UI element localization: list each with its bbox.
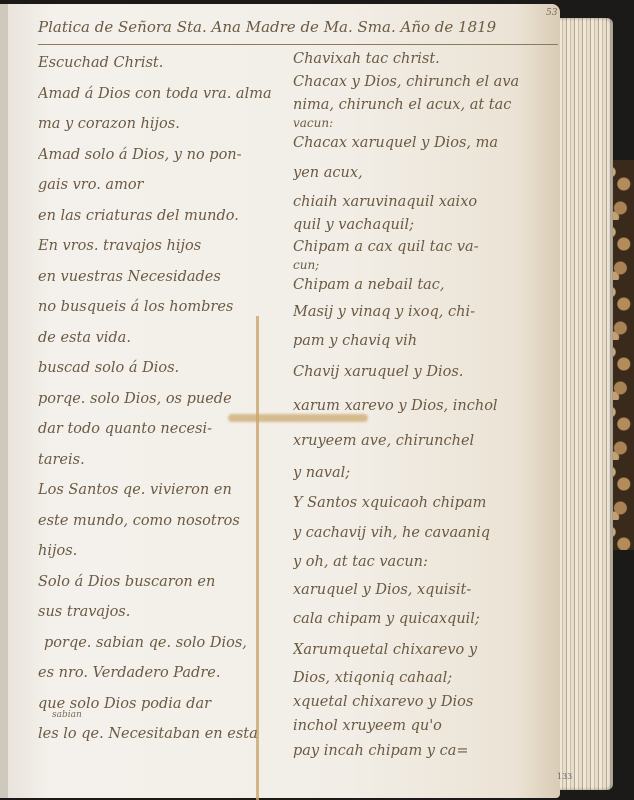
text-line: Chacax xaruquel y Dios, ma <box>293 130 558 156</box>
text-line: no busqueis á los hombres <box>38 292 288 323</box>
left-column-spanish: Escuchad Christ. Amad á Dios con toda vr… <box>38 48 288 750</box>
text-line: xruyeem ave, chirunchel <box>293 424 558 458</box>
text-line: Escuchad Christ. <box>38 48 288 79</box>
page-edges <box>555 18 613 790</box>
text-line: gais vro. amor <box>38 170 288 201</box>
right-column-kaqchikel: Chavixah tac christ. Chacax y Dios, chir… <box>293 48 558 764</box>
text-line: Chipam a cax quil tac va- <box>293 236 558 258</box>
text-line: dar todo quanto necesi- <box>38 414 288 445</box>
marginal-note: sabian <box>52 710 82 720</box>
text-line: buscad solo á Dios. <box>38 353 288 384</box>
manuscript-page: Platica de Señora Sta. Ana Madre de Ma. … <box>0 4 560 798</box>
text-line: en las criaturas del mundo. <box>38 201 288 232</box>
page-header: Platica de Señora Sta. Ana Madre de Ma. … <box>38 18 558 45</box>
text-line: les lo qe. Necesitaban en esta <box>38 719 288 750</box>
text-line: en vuestras Necesidades <box>38 262 288 293</box>
text-line: porqe. sabian qe. solo Dios, <box>38 628 288 659</box>
text-line: Y Santos xquicaoh chipam <box>293 488 558 518</box>
text-line: Chavixah tac christ. <box>293 48 558 70</box>
text-line: xquetal chixarevo y Dios <box>293 690 558 714</box>
text-line: Los Santos qe. vivieron en <box>38 475 288 506</box>
text-line: de esta vida. <box>38 323 288 354</box>
text-line: y naval; <box>293 458 558 488</box>
text-line: hijos. <box>38 536 288 567</box>
text-line: y cachavij vih, he cavaaniq <box>293 518 558 548</box>
text-line: cala chipam y quicaxquil; <box>293 604 558 634</box>
text-line: quil y vachaquil; <box>293 214 558 236</box>
text-line: nima, chirunch el acux, at tac <box>293 94 558 116</box>
text-line: Xarumquetal chixarevo y <box>293 634 558 666</box>
text-line: este mundo, como nosotros <box>38 506 288 537</box>
text-line: Amad á Dios con toda vra. alma <box>38 79 288 110</box>
text-line: ma y corazon hijos. <box>38 109 288 140</box>
text-line: Solo á Dios buscaron en <box>38 567 288 598</box>
text-line: Chavij xaruquel y Dios. <box>293 356 558 388</box>
text-line: Chacax y Dios, chirunch el ava <box>293 70 558 94</box>
text-line: inchol xruyeem qu'o <box>293 714 558 738</box>
text-line: En vros. travajos hijos <box>38 231 288 262</box>
text-line: yen acux, <box>293 156 558 190</box>
text-line: vacun: <box>293 116 558 130</box>
text-line: xarum xarevo y Dios, inchol <box>293 388 558 424</box>
text-line: chiaih xaruvinaquil xaixo <box>293 190 558 214</box>
archive-stamp: 133 <box>557 772 572 781</box>
text-line: pay incah chipam y ca= <box>293 738 558 764</box>
folio-number: 53 <box>546 8 557 18</box>
text-line: y oh, at tac vacun: <box>293 548 558 576</box>
text-line: sus travajos. <box>38 597 288 628</box>
text-line: cun; <box>293 258 558 272</box>
text-line: Masij y vinaq y ixoq, chi- <box>293 298 558 326</box>
text-line: xaruquel y Dios, xquisit- <box>293 576 558 604</box>
text-line: pam y chaviq vih <box>293 326 558 356</box>
text-line: Amad solo á Dios, y no pon- <box>38 140 288 171</box>
text-line: Chipam a nebail tac, <box>293 272 558 298</box>
text-line: tareis. <box>38 445 288 476</box>
text-line: es nro. Verdadero Padre. <box>38 658 288 689</box>
text-line: porqe. solo Dios, os puede <box>38 384 288 415</box>
text-line: Dios, xtiqoniq cahaal; <box>293 666 558 690</box>
